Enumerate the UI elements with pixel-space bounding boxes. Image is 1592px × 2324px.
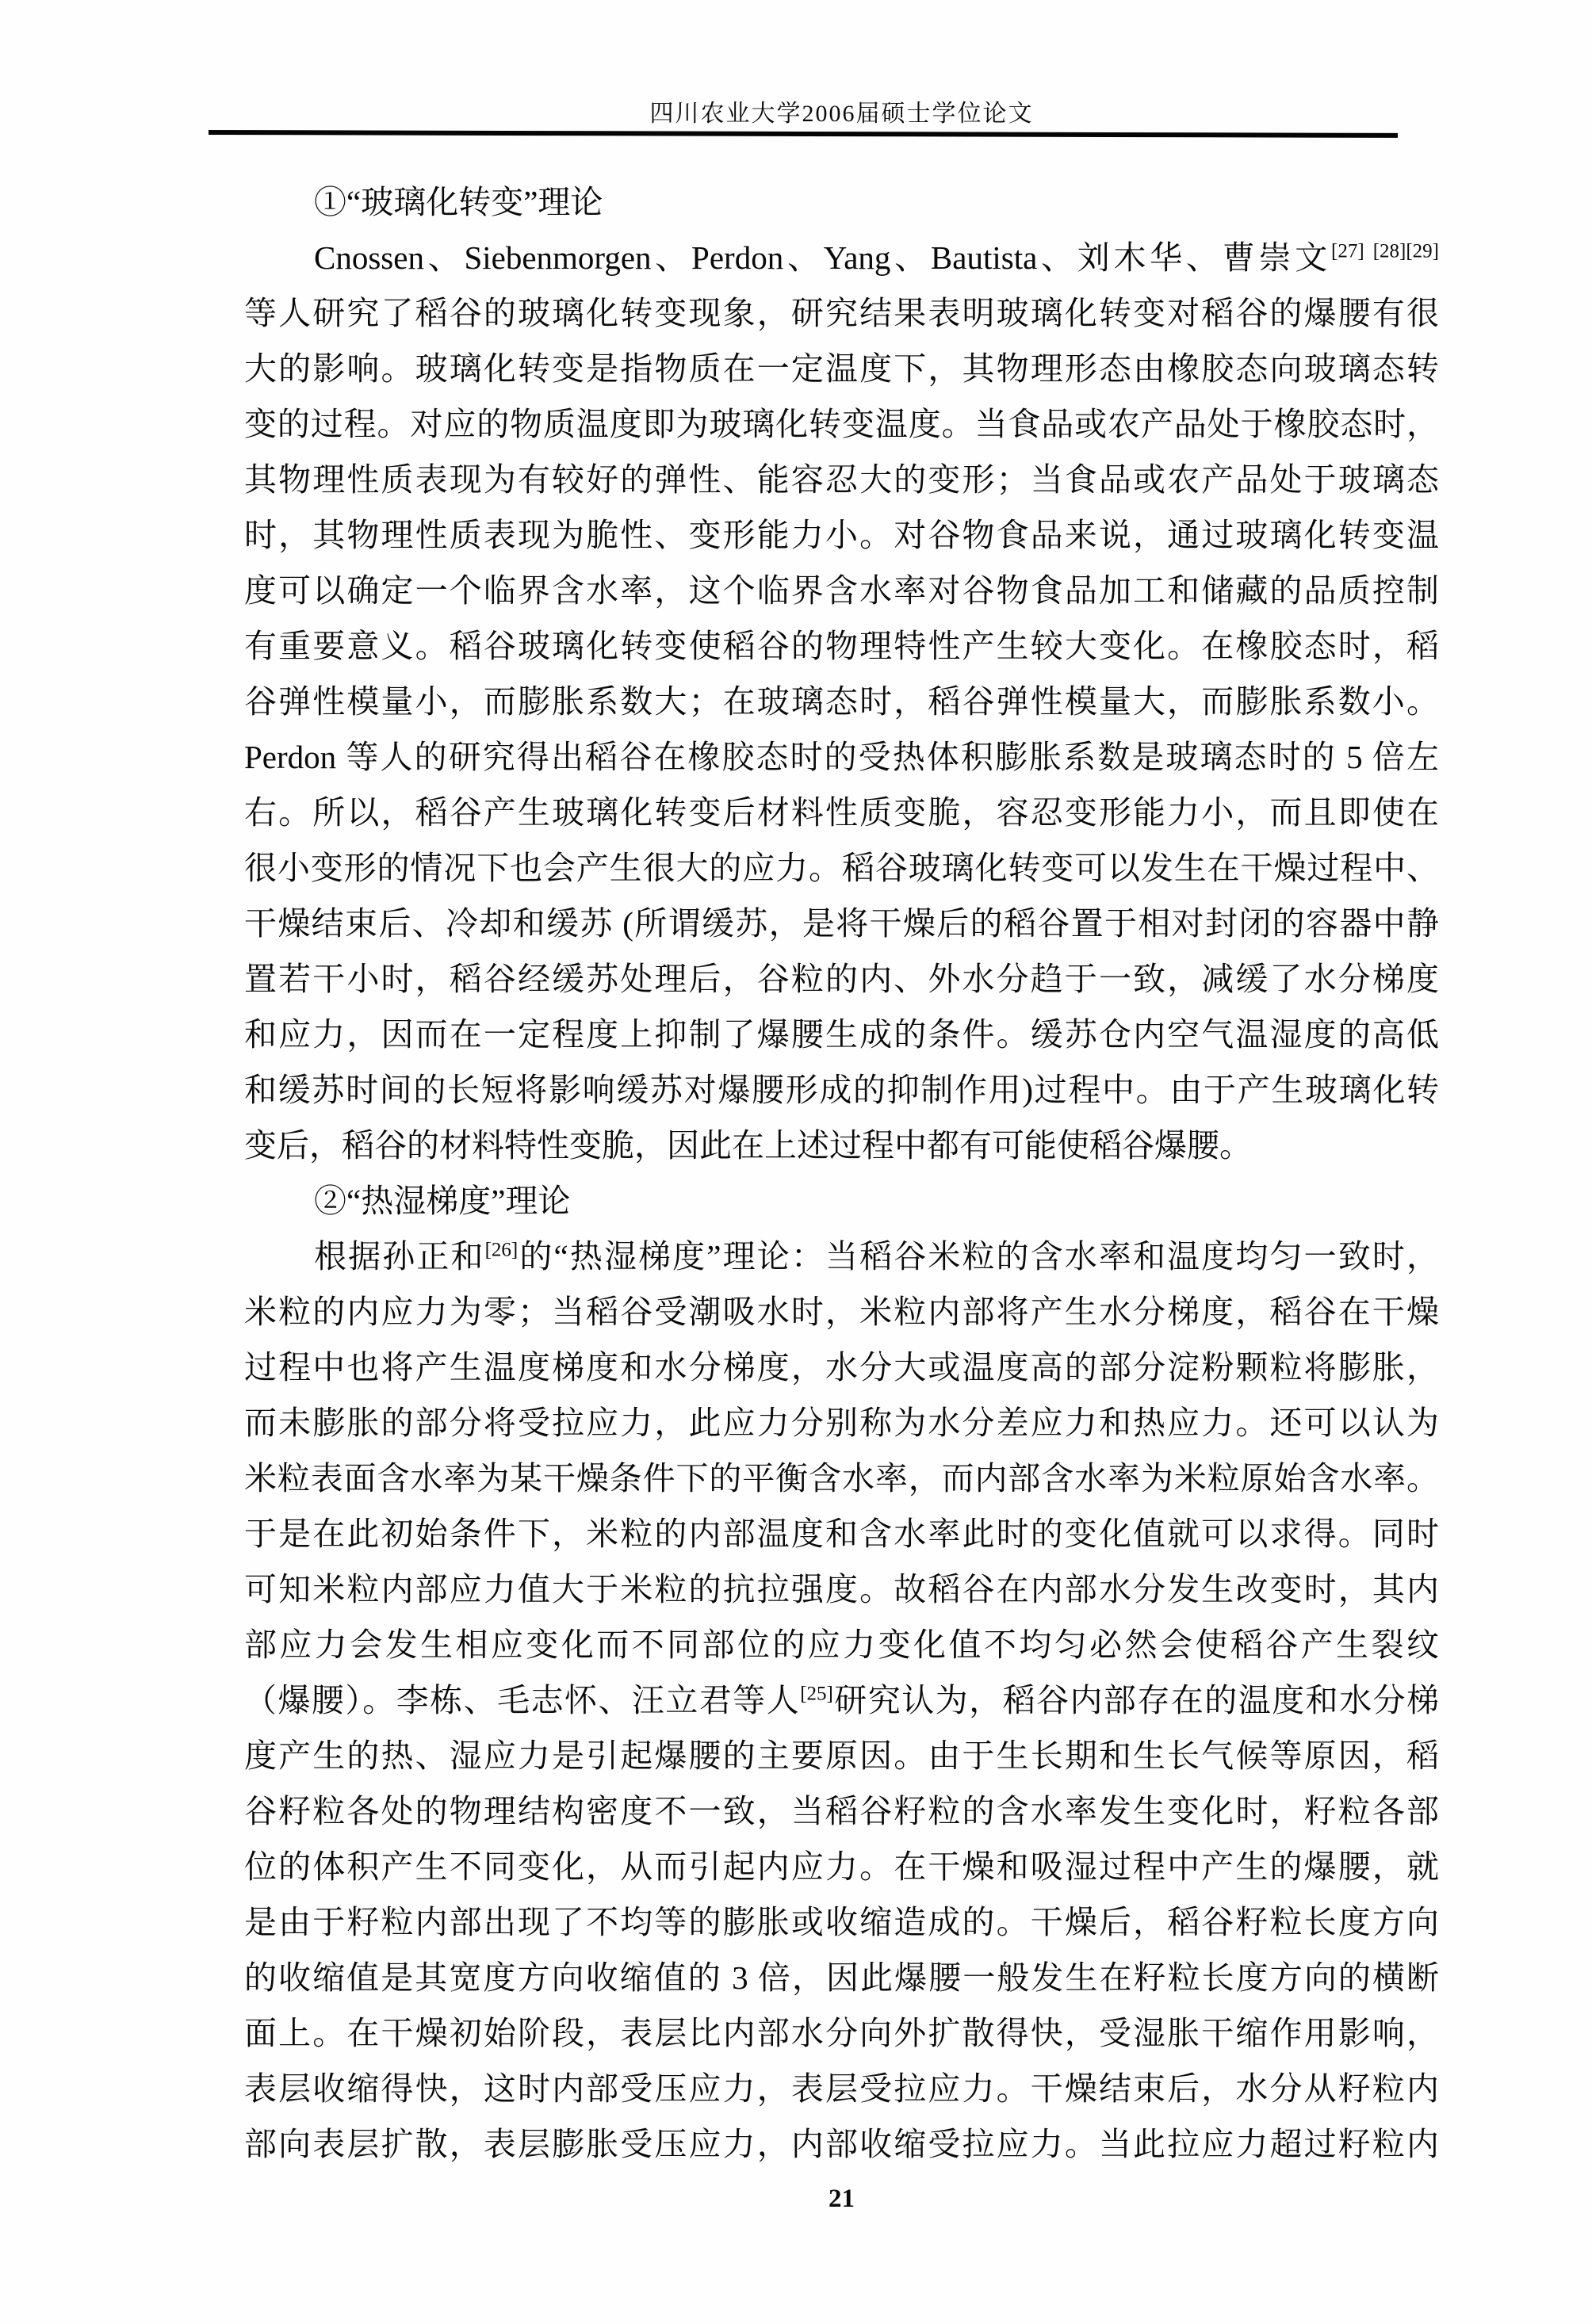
body-line: 面上。在干燥初始阶段，表层比内部水分向外扩散得快，受湿胀干缩作用影响， <box>244 2005 1439 2061</box>
body-line: 右。所以，稻谷产生玻璃化转变后材料性质变脆，容忍变形能力小，而且即使在 <box>244 785 1439 840</box>
section-heading-1: ①“玻璃化转变”理论 <box>244 174 1439 230</box>
page-number: 21 <box>244 2184 1439 2214</box>
body-line-text: 根据孙正和 <box>314 1238 485 1275</box>
body-line: 度产生的热、湿应力是引起爆腰的主要原因。由于生长期和生长气候等原因，稻 <box>244 1728 1439 1783</box>
body-line: 是由于籽粒内部出现了不均等的膨胀或收缩造成的。干燥后，稻谷籽粒长度方向 <box>244 1894 1439 1950</box>
body-line: 根据孙正和[26]的“热湿梯度”理论：当稻谷米粒的含水率和温度均匀一致时， <box>244 1229 1439 1284</box>
body-line: 过程中也将产生温度梯度和水分梯度，水分大或温度高的部分淀粉颗粒将膨胀， <box>244 1340 1439 1395</box>
citation-ref: [26] <box>485 1239 519 1260</box>
citation-ref: [25] <box>800 1683 833 1704</box>
body-line: 米粒表面含水率为某干燥条件下的平衡含水率，而内部含水率为米粒原始含水率。 <box>244 1451 1439 1506</box>
body-line-text: Cnossen、Siebenmorgen、Perdon、Yang、Bautist… <box>314 239 1331 276</box>
body-line-text: （爆腰）。李栋、毛志怀、汪立君等人 <box>244 1682 800 1718</box>
body-line: 位的体积产生不同变化，从而引起内应力。在干燥和吸湿过程中产生的爆腰，就 <box>244 1839 1439 1894</box>
body-line: 变后，稻谷的材料特性变脆，因此在上述过程中都有可能使稻谷爆腰。 <box>244 1118 1439 1173</box>
body-line: Perdon 等人的研究得出稻谷在橡胶态时的受热体积膨胀系数是玻璃态时的 5 倍… <box>244 729 1439 785</box>
body-line: 米粒的内应力为零；当稻谷受潮吸水时，米粒内部将产生水分梯度，稻谷在干燥 <box>244 1284 1439 1340</box>
body-line-text: 的“热湿梯度”理论：当稻谷米粒的含水率和温度均匀一致时， <box>518 1238 1439 1275</box>
body-line: 的收缩值是其宽度方向收缩值的 3 倍，因此爆腰一般发生在籽粒长度方向的横断 <box>244 1950 1439 2005</box>
body-line: 大的影响。玻璃化转变是指物质在一定温度下，其物理形态由橡胶态向玻璃态转 <box>244 341 1439 396</box>
body-line-text: 研究认为，稻谷内部存在的温度和水分梯 <box>833 1682 1439 1718</box>
running-header: 四川农业大学2006届硕士学位论文 <box>244 94 1439 128</box>
body-line: 于是在此初始条件下，米粒的内部温度和含水率此时的变化值就可以求得。同时 <box>244 1506 1439 1561</box>
body-line: 很小变形的情况下也会产生很大的应力。稻谷玻璃化转变可以发生在干燥过程中、 <box>244 840 1439 896</box>
body-line: 可知米粒内部应力值大于米粒的抗拉强度。故稻谷在内部水分发生改变时，其内 <box>244 1561 1439 1617</box>
body-line: 表层收缩得快，这时内部受压应力，表层受拉应力。干燥结束后，水分从籽粒内 <box>244 2061 1439 2116</box>
body-line: 和缓苏时间的长短将影响缓苏对爆腰形成的抑制作用)过程中。由于产生玻璃化转 <box>244 1062 1439 1118</box>
body-line: 部应力会发生相应变化而不同部位的应力变化值不均匀必然会使稻谷产生裂纹 <box>244 1617 1439 1672</box>
body-line: 而未膨胀的部分将受拉应力，此应力分别称为水分差应力和热应力。还可以认为 <box>244 1395 1439 1451</box>
body-line: Cnossen、Siebenmorgen、Perdon、Yang、Bautist… <box>244 230 1439 285</box>
section-heading-2: ②“热湿梯度”理论 <box>244 1173 1439 1229</box>
body-line: 和应力，因而在一定程度上抑制了爆腰生成的条件。缓苏仓内空气温湿度的高低 <box>244 1007 1439 1062</box>
body-line: 干燥结束后、冷却和缓苏 (所谓缓苏，是将干燥后的稻谷置于相对封闭的容器中静 <box>244 896 1439 951</box>
body-line: 有重要意义。稻谷玻璃化转变使稻谷的物理特性产生较大变化。在橡胶态时，稻 <box>244 618 1439 674</box>
body-line: 部向表层扩散，表层膨胀受压应力，内部收缩受拉应力。当此拉应力超过籽粒内 <box>244 2116 1439 2172</box>
body-line: 其物理性质表现为有较好的弹性、能容忍大的变形；当食品或农产品处于玻璃态 <box>244 452 1439 507</box>
body-line: 变的过程。对应的物质温度即为玻璃化转变温度。当食品或农产品处于橡胶态时， <box>244 396 1439 452</box>
body-line: 度可以确定一个临界含水率，这个临界含水率对谷物食品加工和储藏的品质控制 <box>244 563 1439 618</box>
body-line: 置若干小时，稻谷经缓苏处理后，谷粒的内、外水分趋于一致，减缓了水分梯度 <box>244 951 1439 1007</box>
document-page: 四川农业大学2006届硕士学位论文 ①“玻璃化转变”理论 Cnossen、Sie… <box>0 0 1592 2324</box>
body-line: 谷籽粒各处的物理结构密度不一致，当稻谷籽粒的含水率发生变化时，籽粒各部 <box>244 1783 1439 1839</box>
body-line: 时，其物理性质表现为脆性、变形能力小。对谷物食品来说，通过玻璃化转变温 <box>244 507 1439 563</box>
body-line: 谷弹性模量小，而膨胀系数大；在玻璃态时，稻谷弹性模量大，而膨胀系数小。 <box>244 674 1439 729</box>
citation-ref: [27] [28][29] <box>1331 240 1439 262</box>
body-line: （爆腰）。李栋、毛志怀、汪立君等人[25]研究认为，稻谷内部存在的温度和水分梯 <box>244 1672 1439 1728</box>
body-text: ①“玻璃化转变”理论 Cnossen、Siebenmorgen、Perdon、Y… <box>244 174 1439 2172</box>
body-line: 等人研究了稻谷的玻璃化转变现象，研究结果表明玻璃化转变对稻谷的爆腰有很 <box>244 285 1439 341</box>
header-rule <box>209 130 1398 138</box>
